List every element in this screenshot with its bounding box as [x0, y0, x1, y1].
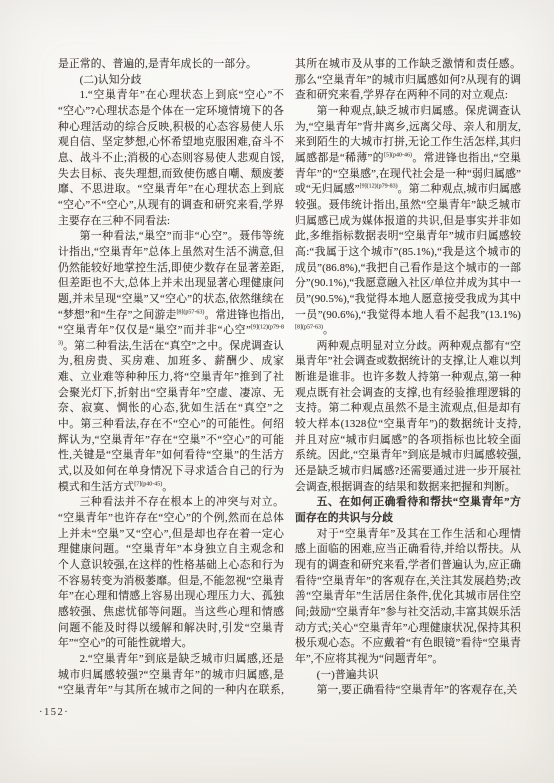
right-column: 其所在城市及从事的工作缺乏激情和责任感。那么“空巢青年”的城市归属感如何?从现有… [295, 57, 521, 699]
citation-superscript: [5](p40-46) [384, 152, 412, 158]
citation-superscript: [9](12)(p79-83) [58, 325, 284, 347]
document-page: 是正常的、普遍的,是青年成长的一部分。(二)认知分歧1.“空巢青年”在心理状态上… [0, 0, 554, 783]
paragraph: 第一,要正确看待“空巢青年”的客观存在,关 [295, 683, 521, 699]
citation-superscript: [8](p57-63) [176, 309, 204, 315]
paragraph: 两种观点明显对立分歧。两种观点都有“空巢青年”社会调查或数据统计的支撑,让人难以… [295, 339, 521, 496]
left-column: 是正常的、普遍的,是青年成长的一部分。(二)认知分歧1.“空巢青年”在心理状态上… [58, 57, 284, 699]
citation-superscript: [7](p40-45) [134, 481, 162, 487]
page-number: ·152· [39, 707, 69, 718]
text-columns: 是正常的、普遍的,是青年成长的一部分。(二)认知分歧1.“空巢青年”在心理状态上… [58, 57, 521, 699]
citation-superscript: [9](12)(p79-83) [360, 184, 398, 190]
subsection-heading: (二)认知分歧 [58, 73, 284, 89]
paragraph: 2.“空巢青年”到底是缺乏城市归属感,还是城市归属感较强?“空巢青年”的城市归属… [58, 652, 284, 699]
section-heading: 五、在如何正确看待和帮扶“空巢青年”方面存在的共识与分歧 [295, 495, 521, 526]
subsection-heading: (一)普遍共识 [295, 668, 521, 684]
paragraph: 三种看法并不存在根本上的冲突与对立。“空巢青年”也许存在“空心”的个例,然而在总… [58, 495, 284, 652]
paragraph: 第一种观点,缺乏城市归属感。保虎调查认为,“空巢青年”背井离乡,远离父母、亲人和… [295, 104, 521, 339]
paragraph: 是正常的、普遍的,是青年成长的一部分。 [58, 57, 284, 73]
citation-superscript: [8](p57-63) [295, 325, 323, 331]
paragraph: 对于“空巢青年”及其在工作生活和心理情感上面临的困难,应当正确看待,并给以帮扶。… [295, 527, 521, 668]
paragraph: 1.“空巢青年”在心理状态上到底“空心”不“空心”?心理状态是个体在一定环境情境… [58, 88, 284, 229]
paragraph: 第一种看法,“巢空”而非“心空”。聂伟等统计指出,“空巢青年”总体上虽然对生活不… [58, 229, 284, 495]
paragraph: 其所在城市及从事的工作缺乏激情和责任感。那么“空巢青年”的城市归属感如何?从现有… [295, 57, 521, 104]
